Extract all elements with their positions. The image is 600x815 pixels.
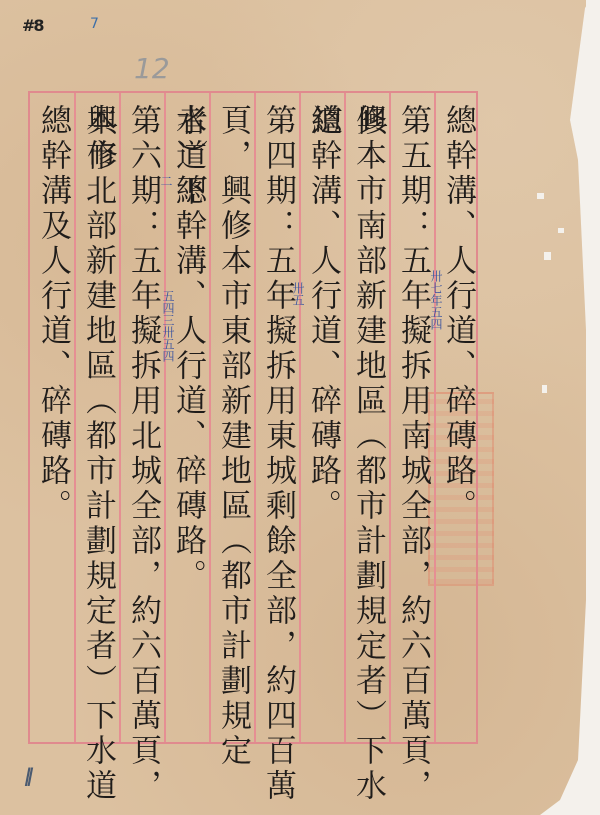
text-column-10: 總幹溝及人行道、碎磚路。 [31,104,75,524]
text-column-6: 頁，興修本市東部新建地區（都市計劃規定者）下 [211,104,255,815]
paper-hole [558,228,564,233]
text-column-8: 第六期：五年擬拆用北城全部，約六百萬頁，興修 [121,104,165,815]
paper-hole [544,252,551,260]
text-column-5: 第四期：五年擬拆用東城剩餘全部，約四百萬 [256,104,300,804]
paper-hole [537,193,544,199]
paper-hole [542,385,547,393]
corner-mark: #8 [22,16,43,35]
blue-annotation: 卅七年五四 [430,270,442,330]
blue-annotation: 卅五 [292,282,304,306]
text-column-2: 第五期：五年擬拆用南城全部，約六百萬頁，興 [391,104,435,815]
text-column-3: 修本市南部新建地區（都市計劃規定者）下水道 [346,104,390,815]
bottom-mark: ll [24,764,29,792]
text-column-9: 本市北部新建地區（都市計劃規定者）下水道 [76,104,120,804]
blue-annotation: 五四三卅五四 [162,290,174,362]
text-column-4: 總幹溝、人行道、碎磚路。 [301,104,345,524]
page-number: 7 [90,16,99,32]
blue-annotation: 二 [160,175,172,187]
pencil-mark: 12 [134,52,170,85]
